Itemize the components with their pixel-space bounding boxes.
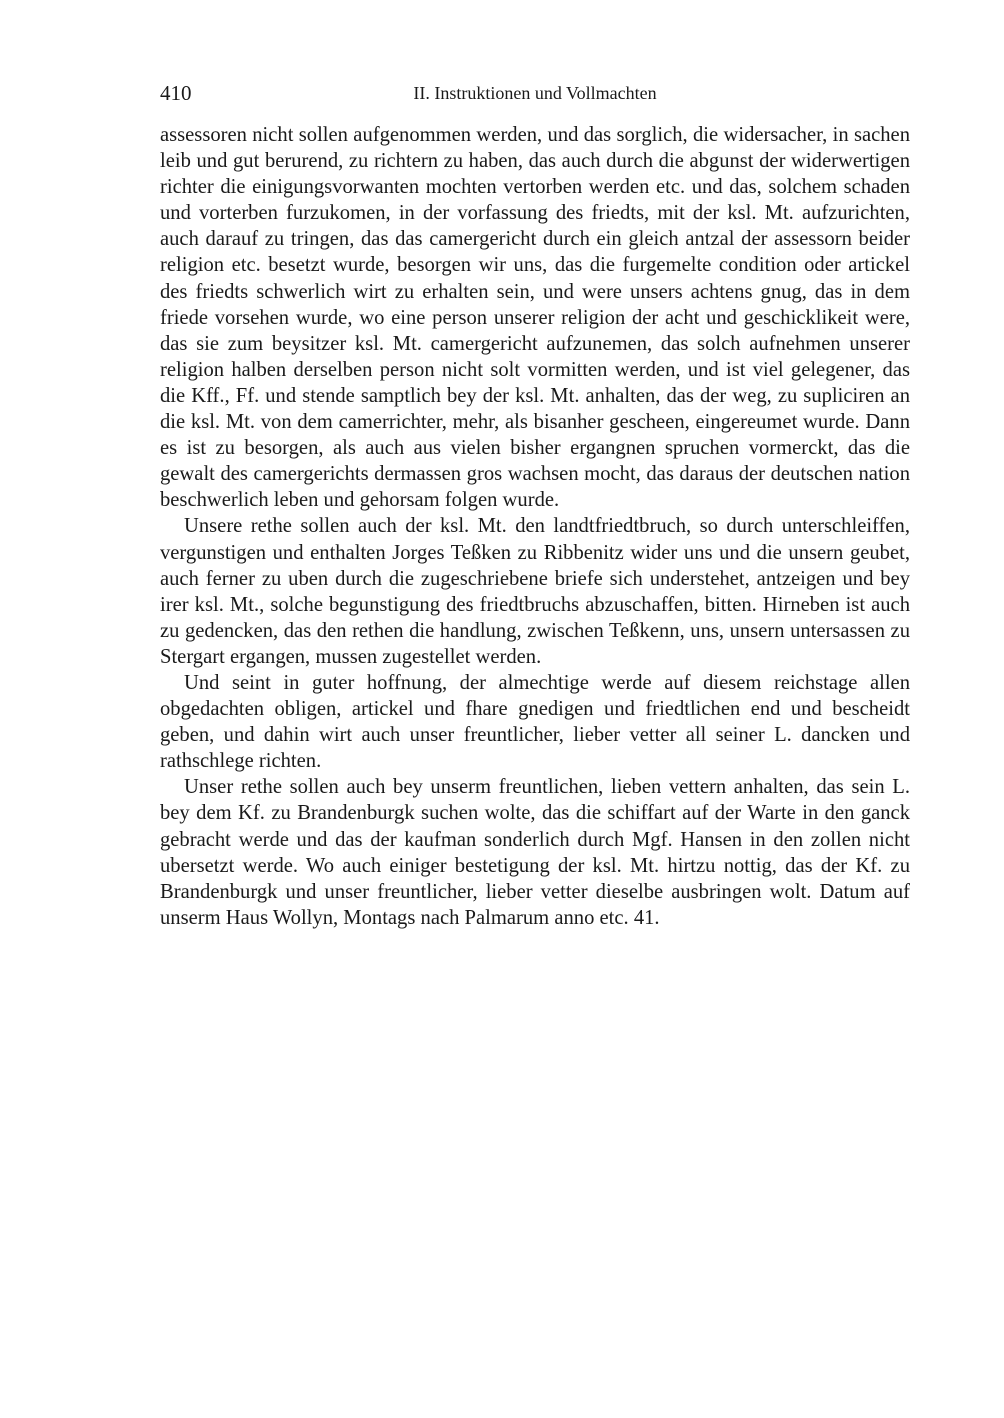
paragraph: Unser rethe sollen auch bey unserm freun…	[160, 774, 910, 931]
document-page: 410 II. Instruktionen und Vollmachten as…	[160, 78, 910, 931]
running-header-title: II. Instruktionen und Vollmachten	[160, 78, 910, 108]
paragraph: Und seint in guter hoffnung, der almecht…	[160, 670, 910, 774]
paragraph: Unsere rethe sollen auch der ksl. Mt. de…	[160, 513, 910, 670]
running-header: 410 II. Instruktionen und Vollmachten	[160, 78, 910, 108]
body-text: assessoren nicht sollen aufgenommen werd…	[160, 122, 910, 931]
paragraph: assessoren nicht sollen aufgenommen werd…	[160, 122, 910, 513]
